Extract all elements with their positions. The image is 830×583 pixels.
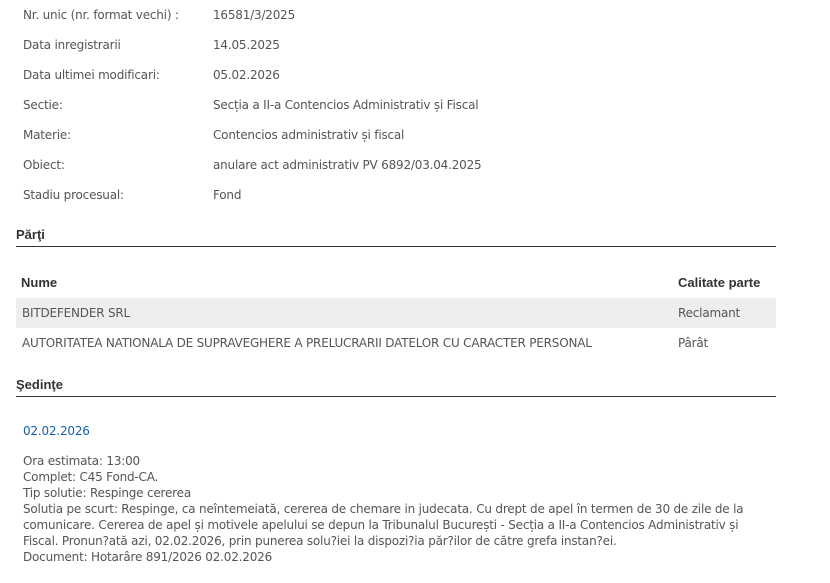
info-row-obiect: Obiect: anulare act administrativ PV 689… <box>16 150 776 180</box>
info-value: 16581/3/2025 <box>213 8 295 22</box>
hearing-time: Ora estimata: 13:00 <box>23 453 768 469</box>
parties-header-row: Nume Calitate parte <box>16 266 776 298</box>
party-name: AUTORITATEA NATIONALA DE SUPRAVEGHERE A … <box>16 336 678 350</box>
hearing-document: Document: Hotarâre 891/2026 02.02.2026 <box>23 549 768 565</box>
case-info-table: Nr. unic (nr. format vechi) : 16581/3/20… <box>16 0 776 210</box>
info-value: anulare act administrativ PV 6892/03.04.… <box>213 158 481 172</box>
info-label: Obiect: <box>16 158 213 172</box>
info-row-nr-unic: Nr. unic (nr. format vechi) : 16581/3/20… <box>16 0 776 30</box>
hearing-solution-summary-2: comunicare. Cererea de apel și motivele … <box>23 517 768 533</box>
party-role: Reclamant <box>678 306 776 320</box>
table-row: AUTORITATEA NATIONALA DE SUPRAVEGHERE A … <box>16 328 776 358</box>
hearing-panel: Complet: C45 Fond-CA. <box>23 469 768 485</box>
info-row-data-modificari: Data ultimei modificari: 05.02.2026 <box>16 60 776 90</box>
column-header-name: Nume <box>16 275 678 290</box>
parties-table: Nume Calitate parte BITDEFENDER SRL Recl… <box>16 266 776 358</box>
info-value: Fond <box>213 188 241 202</box>
hearings-section-title: Şedinţe <box>16 377 776 397</box>
column-header-role: Calitate parte <box>678 275 776 290</box>
hearing-date: 02.02.2026 <box>23 424 90 438</box>
party-name: BITDEFENDER SRL <box>16 306 678 320</box>
info-row-stadiu: Stadiu procesual: Fond <box>16 180 776 210</box>
info-label: Data ultimei modificari: <box>16 68 213 82</box>
info-value: 14.05.2025 <box>213 38 280 52</box>
info-label: Materie: <box>16 128 213 142</box>
info-row-materie: Materie: Contencios administrativ și fis… <box>16 120 776 150</box>
parties-section-title: Părţi <box>16 227 776 247</box>
info-value: 05.02.2026 <box>213 68 280 82</box>
party-role: Pârât <box>678 336 776 350</box>
info-value: Secția a II-a Contencios Administrativ ș… <box>213 98 478 112</box>
table-row: BITDEFENDER SRL Reclamant <box>16 298 776 328</box>
info-label: Sectie: <box>16 98 213 112</box>
hearing-solution-type: Tip solutie: Respinge cererea <box>23 485 768 501</box>
hearing-item: 02.02.2026 Ora estimata: 13:00 Complet: … <box>23 424 768 565</box>
hearing-solution-summary-1: Solutia pe scurt: Respinge, ca neîntemei… <box>23 501 768 517</box>
info-label: Nr. unic (nr. format vechi) : <box>16 8 213 22</box>
info-row-data-inregistrarii: Data inregistrarii 14.05.2025 <box>16 30 776 60</box>
info-label: Data inregistrarii <box>16 38 213 52</box>
info-row-sectie: Sectie: Secția a II-a Contencios Adminis… <box>16 90 776 120</box>
info-value: Contencios administrativ și fiscal <box>213 128 404 142</box>
hearing-solution-summary-3: Fiscal. Pronun?ată azi, 02.02.2026, prin… <box>23 533 768 549</box>
info-label: Stadiu procesual: <box>16 188 213 202</box>
